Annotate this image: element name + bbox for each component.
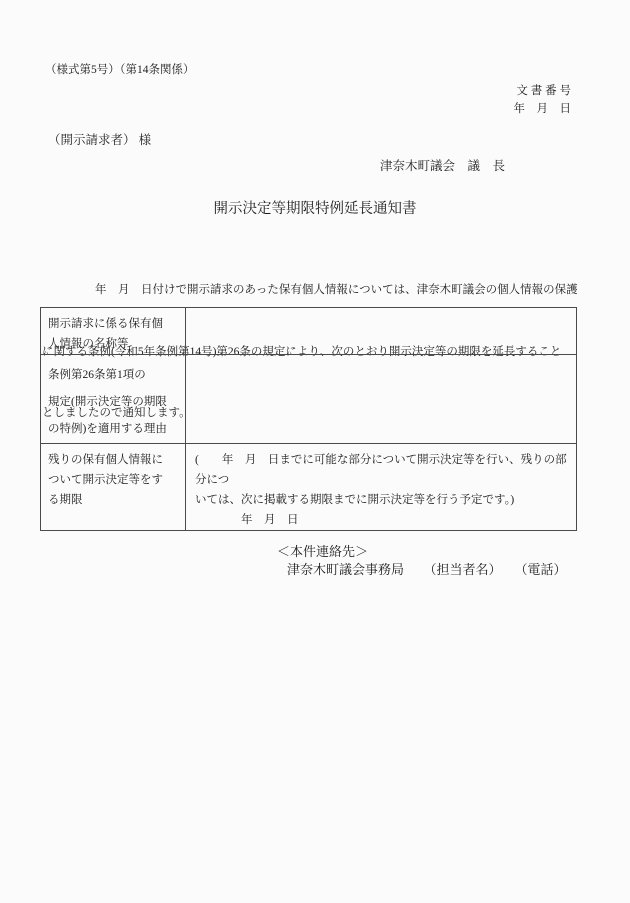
table-row-reason: 条例第26条第1項の 規定(開示決定等の期限 の特例)を適用する理由 [41, 355, 577, 444]
row-value-reason [186, 355, 577, 444]
details-table: 開示請求に係る保有個 人情報の名称等 条例第26条第1項の 規定(開示決定等の期… [40, 307, 577, 531]
row-value-deadline: ( 年 月 日までに可能な部分について開示決定等を行い、残りの部分につ いては、… [186, 444, 577, 531]
row-value-information-name [186, 308, 577, 355]
contact-detail: 津奈木町議会事務局 （担当者名） （電話） [287, 559, 567, 578]
document-date-line: 年 月 日 [514, 100, 572, 116]
document-title: 開示決定等期限特例延長通知書 [45, 197, 585, 218]
body-line-1: 年 月 日付けで開示請求のあった保有個人情報については、津奈木町議会の個人情報の… [42, 280, 587, 301]
issuer: 津奈木町議会 議 長 [380, 156, 505, 174]
row-label-deadline: 残りの保有個人情報に ついて開示決定等をす る期限 [41, 444, 186, 531]
row-label-information-name: 開示請求に係る保有個 人情報の名称等 [41, 308, 186, 355]
form-reference: （様式第5号）（第14条関係） [45, 61, 195, 77]
table-row-deadline: 残りの保有個人情報に ついて開示決定等をす る期限 ( 年 月 日までに可能な部… [41, 444, 577, 531]
addressee: （開示請求者） 様 [48, 130, 151, 148]
document-page: （様式第5号）（第14条関係） 文 書 番 号 年 月 日 （開示請求者） 様 … [0, 0, 630, 903]
table-row-information-name: 開示請求に係る保有個 人情報の名称等 [41, 308, 577, 355]
row-label-reason: 条例第26条第1項の 規定(開示決定等の期限 の特例)を適用する理由 [41, 355, 186, 444]
contact-heading: ＜本件連絡先＞ [277, 541, 368, 560]
document-number-line: 文 書 番 号 [516, 82, 571, 98]
